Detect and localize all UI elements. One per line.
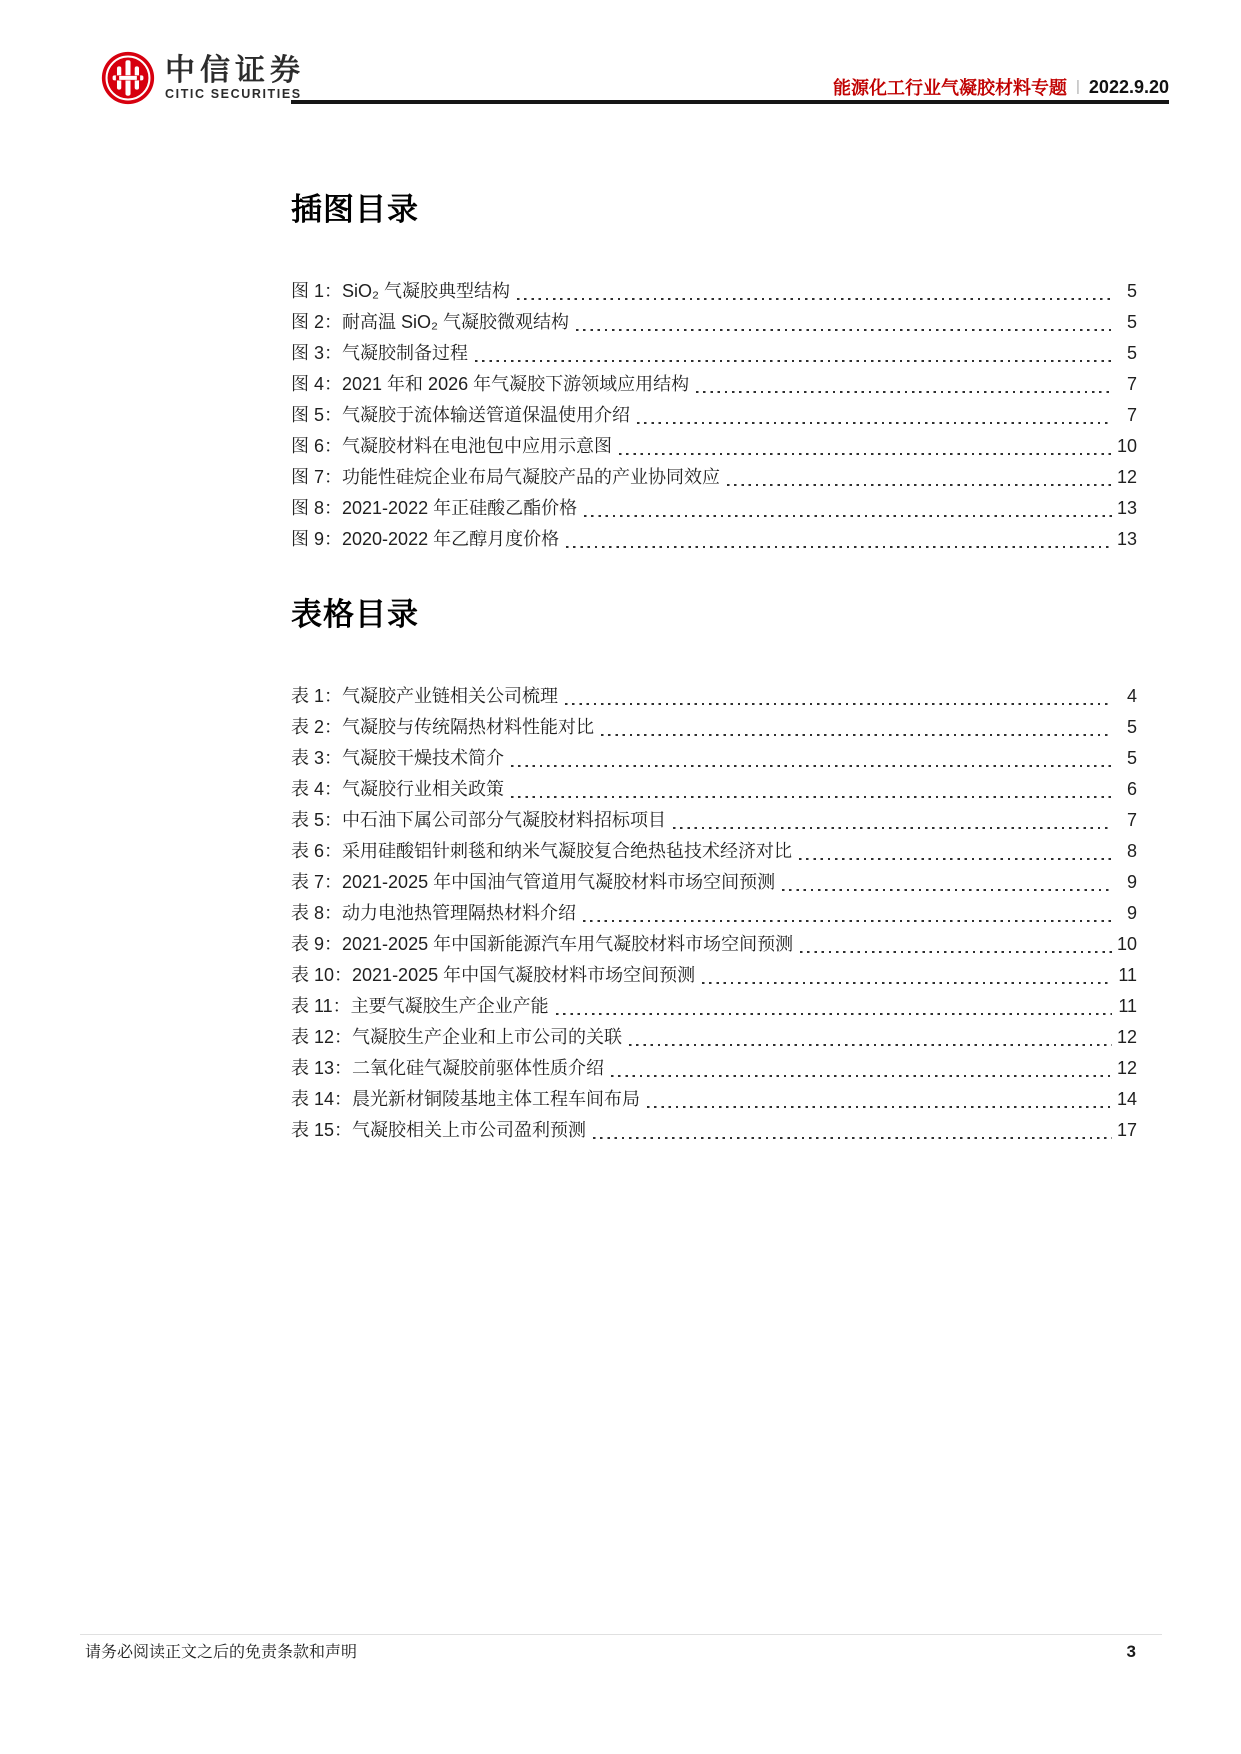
footer-page-number: 3 [1127, 1642, 1136, 1662]
toc-entry-label: 表 2：气凝胶与传统隔热材料性能对比 [291, 712, 594, 743]
toc-entry-page: 7 [1117, 369, 1137, 400]
toc-entry-label: 表 9：2021-2025 年中国新能源汽车用气凝胶材料市场空间预测 [291, 929, 793, 960]
figure-toc-entry-6[interactable]: 图 6：气凝胶材料在电池包中应用示意图 10 [291, 431, 1137, 462]
figure-toc-heading: 插图目录 [291, 193, 1137, 227]
toc-entry-label: 表 13：二氧化硅气凝胶前驱体性质介绍 [291, 1053, 604, 1084]
toc-entry-label: 表 3：气凝胶干燥技术简介 [291, 743, 504, 774]
toc-entry-page: 8 [1117, 836, 1137, 867]
figure-toc-entry-5[interactable]: 图 5：气凝胶于流体输送管道保温使用介绍 7 [291, 400, 1137, 431]
dotted-leader [727, 462, 1112, 493]
table-toc-entry-6[interactable]: 表 6：采用硅酸铝针刺毯和纳米气凝胶复合绝热毡技术经济对比 8 [291, 836, 1137, 867]
citic-logo: 中信证券 CITIC SECURITIES [100, 50, 305, 106]
toc-entry-label: 表 15：气凝胶相关上市公司盈利预测 [291, 1115, 586, 1146]
toc-entry-label: 表 7：2021-2025 年中国油气管道用气凝胶材料市场空间预测 [291, 867, 775, 898]
toc-entry-page: 7 [1117, 400, 1137, 431]
toc-entry-page: 14 [1117, 1084, 1137, 1115]
dotted-leader [584, 493, 1112, 524]
toc-entry-page: 12 [1117, 462, 1137, 493]
dotted-leader [619, 431, 1112, 462]
toc-entry-page: 5 [1117, 338, 1137, 369]
toc-entry-label: 图 1：SiO₂ 气凝胶典型结构 [291, 276, 510, 307]
toc-entry-label: 表 14：晨光新材铜陵基地主体工程车间布局 [291, 1084, 640, 1115]
figure-toc-entry-3[interactable]: 图 3：气凝胶制备过程 5 [291, 338, 1137, 369]
table-toc-entry-11[interactable]: 表 11：主要气凝胶生产企业产能 11 [291, 991, 1137, 1022]
toc-entry-page: 13 [1117, 524, 1137, 555]
toc-entry-page: 9 [1117, 898, 1137, 929]
figure-toc-entry-2[interactable]: 图 2：耐高温 SiO₂ 气凝胶微观结构 5 [291, 307, 1137, 338]
dotted-leader [583, 898, 1112, 929]
table-toc-entry-12[interactable]: 表 12：气凝胶生产企业和上市公司的关联 12 [291, 1022, 1137, 1053]
table-toc-entry-4[interactable]: 表 4：气凝胶行业相关政策 6 [291, 774, 1137, 805]
dotted-leader [511, 774, 1112, 805]
dotted-leader [799, 836, 1112, 867]
figure-toc-entry-8[interactable]: 图 8：2021-2022 年正硅酸乙酯价格 13 [291, 493, 1137, 524]
figure-toc-entry-1[interactable]: 图 1：SiO₂ 气凝胶典型结构 5 [291, 276, 1137, 307]
toc-entry-label: 表 12：气凝胶生产企业和上市公司的关联 [291, 1022, 622, 1053]
toc-entry-page: 5 [1117, 743, 1137, 774]
table-toc-entry-5[interactable]: 表 5：中石油下属公司部分气凝胶材料招标项目 7 [291, 805, 1137, 836]
citic-logo-icon [100, 50, 156, 106]
header-rule [291, 100, 1169, 104]
dotted-leader [696, 369, 1112, 400]
report-title: 能源化工行业气凝胶材料专题 [833, 74, 1067, 100]
dotted-leader [782, 867, 1112, 898]
toc-entry-page: 12 [1117, 1053, 1137, 1084]
table-toc-section: 表格目录 表 1：气凝胶产业链相关公司梳理 4 表 2：气凝胶与传统隔热材料性能… [291, 598, 1137, 1146]
toc-entry-page: 12 [1117, 1022, 1137, 1053]
toc-entry-page: 13 [1117, 493, 1137, 524]
toc-entry-label: 图 6：气凝胶材料在电池包中应用示意图 [291, 431, 612, 462]
toc-entry-page: 7 [1117, 805, 1137, 836]
toc-entry-page: 6 [1117, 774, 1137, 805]
table-toc-entry-7[interactable]: 表 7：2021-2025 年中国油气管道用气凝胶材料市场空间预测 9 [291, 867, 1137, 898]
toc-entry-label: 表 5：中石油下属公司部分气凝胶材料招标项目 [291, 805, 666, 836]
figure-toc-entry-4[interactable]: 图 4：2021 年和 2026 年气凝胶下游领域应用结构 7 [291, 369, 1137, 400]
toc-entry-page: 11 [1117, 960, 1137, 991]
table-toc-entry-2[interactable]: 表 2：气凝胶与传统隔热材料性能对比 5 [291, 712, 1137, 743]
toc-entry-label: 表 10：2021-2025 年中国气凝胶材料市场空间预测 [291, 960, 695, 991]
toc-entry-label: 图 8：2021-2022 年正硅酸乙酯价格 [291, 493, 577, 524]
dotted-leader [601, 712, 1112, 743]
dotted-leader [511, 743, 1112, 774]
table-toc-entry-13[interactable]: 表 13：二氧化硅气凝胶前驱体性质介绍 12 [291, 1053, 1137, 1084]
figure-toc-entry-7[interactable]: 图 7：功能性硅烷企业布局气凝胶产品的产业协同效应 12 [291, 462, 1137, 493]
table-toc-entry-15[interactable]: 表 15：气凝胶相关上市公司盈利预测 17 [291, 1115, 1137, 1146]
toc-entry-page: 5 [1117, 712, 1137, 743]
dotted-leader [576, 307, 1112, 338]
toc-entry-label: 表 6：采用硅酸铝针刺毯和纳米气凝胶复合绝热毡技术经济对比 [291, 836, 792, 867]
dotted-leader [611, 1053, 1112, 1084]
toc-entry-page: 9 [1117, 867, 1137, 898]
logo-en-text: CITIC SECURITIES [165, 87, 305, 102]
table-toc-entry-1[interactable]: 表 1：气凝胶产业链相关公司梳理 4 [291, 681, 1137, 712]
toc-entry-page: 5 [1117, 276, 1137, 307]
toc-entry-label: 表 11：主要气凝胶生产企业产能 [291, 991, 549, 1022]
toc-entry-page: 11 [1117, 991, 1137, 1022]
toc-entry-page: 5 [1117, 307, 1137, 338]
dotted-leader [800, 929, 1112, 960]
report-date: 2022.9.20 [1089, 77, 1169, 98]
dotted-leader [702, 960, 1112, 991]
toc-entry-label: 图 5：气凝胶于流体输送管道保温使用介绍 [291, 400, 630, 431]
toc-entry-page: 4 [1117, 681, 1137, 712]
dotted-leader [673, 805, 1112, 836]
toc-entry-label: 表 1：气凝胶产业链相关公司梳理 [291, 681, 558, 712]
table-toc-entry-9[interactable]: 表 9：2021-2025 年中国新能源汽车用气凝胶材料市场空间预测 10 [291, 929, 1137, 960]
figure-toc-entry-9[interactable]: 图 9：2020-2022 年乙醇月度价格 13 [291, 524, 1137, 555]
dotted-leader [517, 276, 1112, 307]
header-meta: 能源化工行业气凝胶材料专题 | 2022.9.20 [833, 74, 1169, 100]
dotted-leader [475, 338, 1112, 369]
toc-entry-page: 17 [1117, 1115, 1137, 1146]
dotted-leader [647, 1084, 1112, 1115]
dotted-leader [637, 400, 1112, 431]
table-toc-entry-8[interactable]: 表 8：动力电池热管理隔热材料介绍 9 [291, 898, 1137, 929]
figure-toc-section: 插图目录 图 1：SiO₂ 气凝胶典型结构 5 图 2：耐高温 SiO₂ 气凝胶… [291, 193, 1137, 555]
footer: 请务必阅读正文之后的免责条款和声明 3 [85, 1639, 1136, 1662]
toc-entry-label: 图 3：气凝胶制备过程 [291, 338, 468, 369]
dotted-leader [593, 1115, 1112, 1146]
logo-cn-text: 中信证券 [165, 55, 305, 87]
toc-entry-label: 表 8：动力电池热管理隔热材料介绍 [291, 898, 576, 929]
toc-entry-label: 表 4：气凝胶行业相关政策 [291, 774, 504, 805]
toc-entry-page: 10 [1117, 929, 1137, 960]
toc-entry-label: 图 9：2020-2022 年乙醇月度价格 [291, 524, 559, 555]
toc-entry-page: 10 [1117, 431, 1137, 462]
toc-entry-label: 图 4：2021 年和 2026 年气凝胶下游领域应用结构 [291, 369, 689, 400]
dotted-leader [566, 524, 1112, 555]
dotted-leader [629, 1022, 1112, 1053]
table-toc-entry-3[interactable]: 表 3：气凝胶干燥技术简介 5 [291, 743, 1137, 774]
footer-disclaimer-note: 请务必阅读正文之后的免责条款和声明 [85, 1639, 357, 1662]
toc-entry-label: 图 2：耐高温 SiO₂ 气凝胶微观结构 [291, 307, 569, 338]
dotted-leader [556, 991, 1112, 1022]
footer-rule [80, 1634, 1162, 1635]
dotted-leader [565, 681, 1112, 712]
header-divider: | [1076, 78, 1080, 95]
table-toc-entry-14[interactable]: 表 14：晨光新材铜陵基地主体工程车间布局 14 [291, 1084, 1137, 1115]
toc-entry-label: 图 7：功能性硅烷企业布局气凝胶产品的产业协同效应 [291, 462, 720, 493]
table-toc-heading: 表格目录 [291, 598, 1137, 632]
table-toc-entry-10[interactable]: 表 10：2021-2025 年中国气凝胶材料市场空间预测 11 [291, 960, 1137, 991]
